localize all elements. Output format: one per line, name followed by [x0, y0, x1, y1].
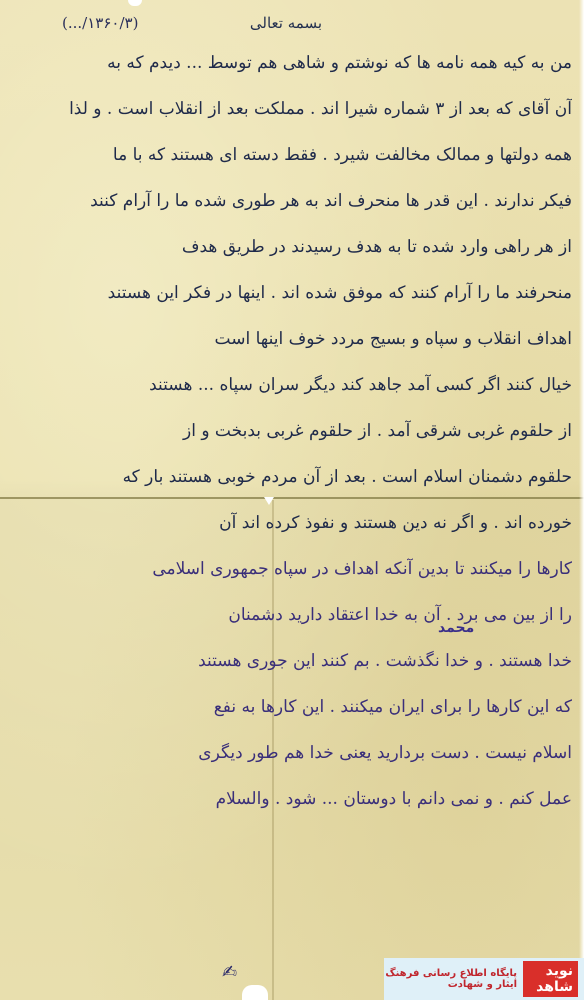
text-line: از هر راهی وارد شده تا به هدف رسیدند در …	[8, 224, 572, 270]
text-line: آن آقای که بعد از ۳ شماره شیرا اند . ممل…	[8, 86, 572, 132]
letter-date: (۱۳۶۰/۳/...)	[62, 14, 138, 32]
text-line: از حلقوم غربی شرقی آمد . از حلقوم غربی ب…	[8, 408, 572, 454]
text-line: خدا هستند . و خدا نگذشت . بم کنند این جو…	[8, 638, 572, 684]
watermark-logo: نوید شاهد	[523, 961, 578, 997]
text-line: خورده اند . و اگر نه دین هستند و نفوذ کر…	[8, 500, 572, 546]
text-line: خیال کنند اگر کسی آمد جاهد کند دیگر سران…	[8, 362, 572, 408]
text-line: عمل کنم . و نمی دانم با دوستان ... شود .…	[8, 776, 572, 822]
paper-tear	[242, 985, 268, 1000]
text-line: اسلام نیست . دست بردارید یعنی خدا هم طور…	[8, 730, 572, 776]
site-watermark: نوید شاهد پایگاه اطلاع رسانی فرهنگ ایثار…	[384, 958, 584, 1000]
signature-scribble: ✍	[222, 962, 258, 986]
letter-header: بسمه تعالی (۱۳۶۰/۳/...)	[0, 6, 584, 36]
text-line: همه دولتها و ممالک مخالفت شیرد . فقط دست…	[8, 132, 572, 178]
text-line: کارها را میکنند تا بدین آنکه اهداف در سپ…	[8, 546, 572, 592]
text-line: حلقوم دشمنان اسلام است . بعد از آن مردم …	[8, 454, 572, 500]
ink-stamp-mark: محمد	[438, 620, 468, 642]
letter-body: من به کیه همه نامه ها که نوشتم و شاهی هم…	[8, 40, 572, 822]
basmala: بسمه تعالی	[250, 14, 322, 32]
paper-edge	[579, 0, 584, 1000]
text-line: را از بین می برد . آن به خدا اعتقاد داری…	[8, 592, 572, 638]
text-line: که این کارها را برای ایران میکنند . این …	[8, 684, 572, 730]
text-line: فیکر ندارند . این قدر ها منحرف اند به هر…	[8, 178, 572, 224]
watermark-text: پایگاه اطلاع رسانی فرهنگ ایثار و شهادت	[384, 968, 517, 990]
text-line: من به کیه همه نامه ها که نوشتم و شاهی هم…	[8, 40, 572, 86]
text-line: اهداف انقلاب و سپاه و بسیج مردد خوف اینه…	[8, 316, 572, 362]
text-line: منحرفند ما را آرام کنند که موفق شده اند …	[8, 270, 572, 316]
